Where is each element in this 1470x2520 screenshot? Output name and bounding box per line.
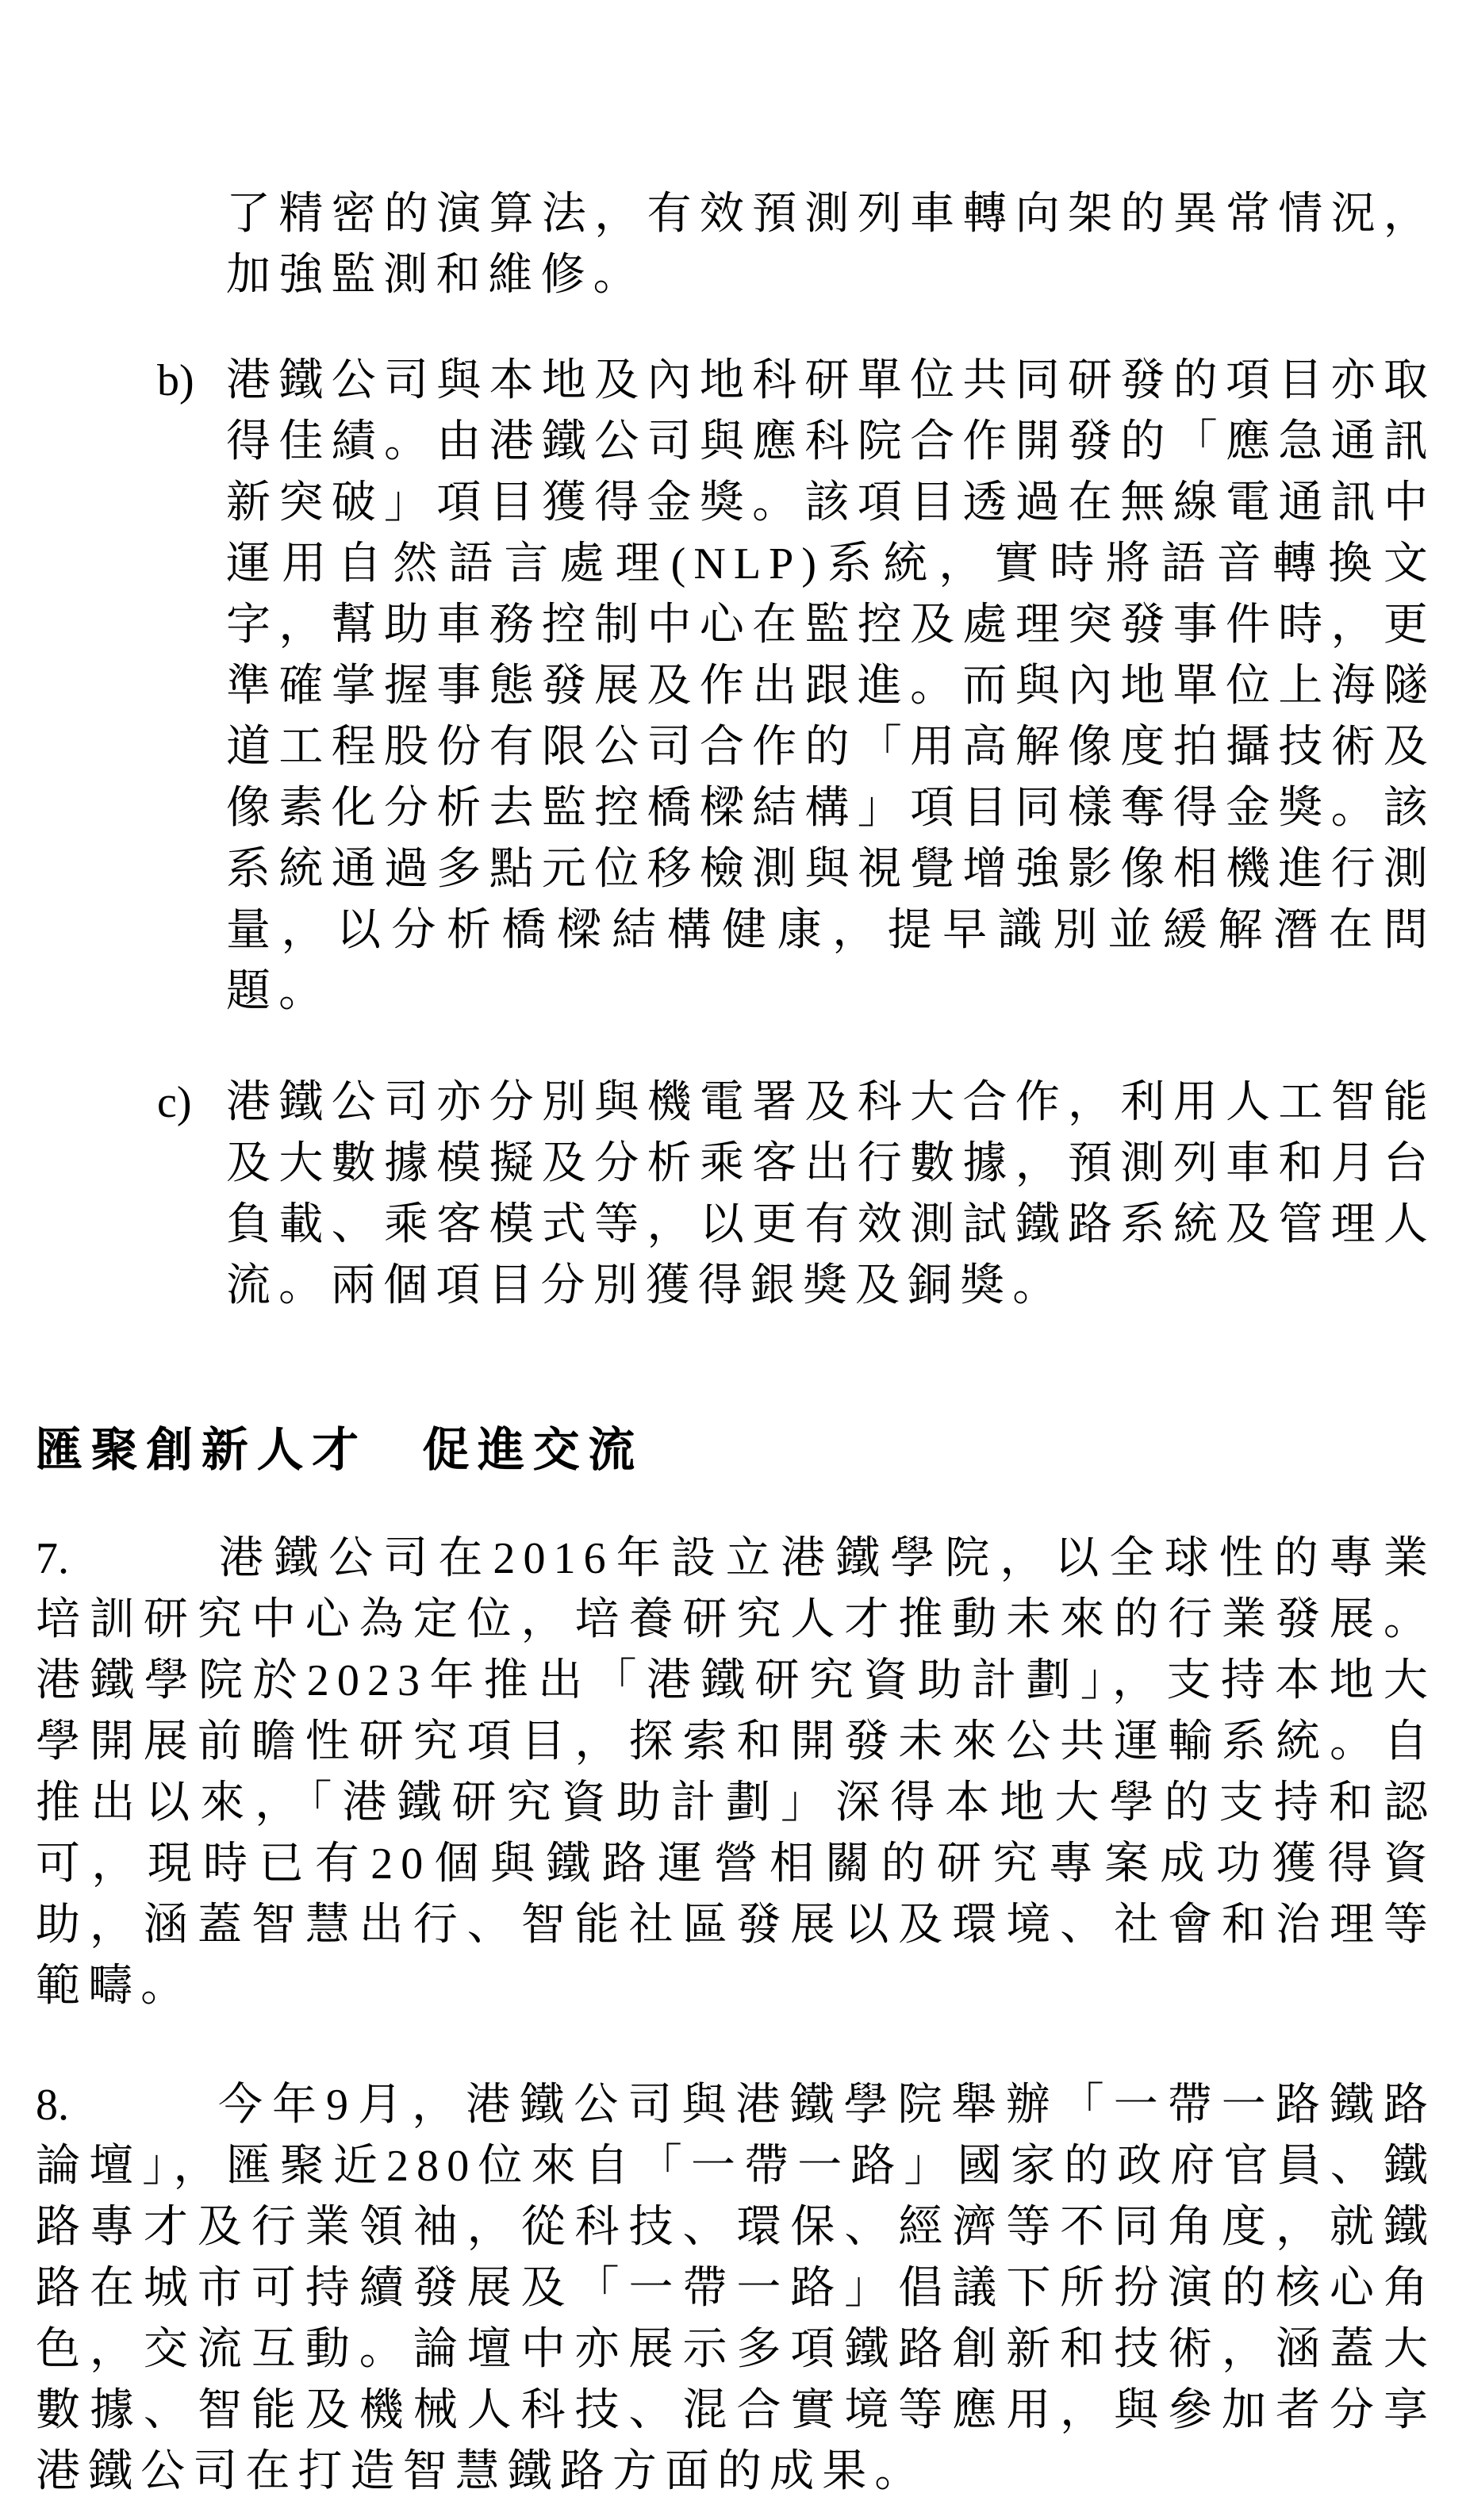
paragraph-8-text: 今年9月，港鐵公司與港鐵學院舉辦「一帶一路鐵路論壇」，匯聚近280位來自「一帶一… xyxy=(36,2081,1436,2496)
section-heading: 匯聚創新人才 促進交流 xyxy=(36,1420,1436,1481)
paragraph-7: 7.港鐵公司在2016年設立港鐵學院，以全球性的專業培訓研究中心為定位，培養研究… xyxy=(36,1528,1436,2017)
list-item-c: c) 港鐵公司亦分別與機電署及科大合作，利用人工智能及大數據模擬及分析乘客出行數… xyxy=(157,1072,1436,1317)
paragraph-8-number: 8. xyxy=(36,2075,217,2136)
paragraph-7-text: 港鐵公司在2016年設立港鐵學院，以全球性的專業培訓研究中心為定位，培養研究人才… xyxy=(36,1534,1436,2011)
list-marker-c: c) xyxy=(157,1072,226,1317)
list-item-b: b) 港鐵公司與本地及內地科研單位共同研發的項目亦取得佳績。由港鐵公司與應科院合… xyxy=(157,351,1436,1022)
document-page: 了精密的演算法，有效預測列車轉向架的異常情況，加強監測和維修。 b) 港鐵公司與… xyxy=(0,0,1470,2520)
list-item-b-text: 港鐵公司與本地及內地科研單位共同研發的項目亦取得佳績。由港鐵公司與應科院合作開發… xyxy=(226,351,1436,1022)
paragraph-7-number: 7. xyxy=(36,1528,217,1590)
list-item-a-continuation-text: 了精密的演算法，有效預測列車轉向架的異常情況，加強監測和維修。 xyxy=(226,184,1436,306)
list-marker-b: b) xyxy=(157,351,226,1022)
list-item-c-text: 港鐵公司亦分別與機電署及科大合作，利用人工智能及大數據模擬及分析乘客出行數據，預… xyxy=(226,1072,1436,1317)
paragraph-8: 8.今年9月，港鐵公司與港鐵學院舉辦「一帶一路鐵路論壇」，匯聚近280位來自「一… xyxy=(36,2075,1436,2503)
